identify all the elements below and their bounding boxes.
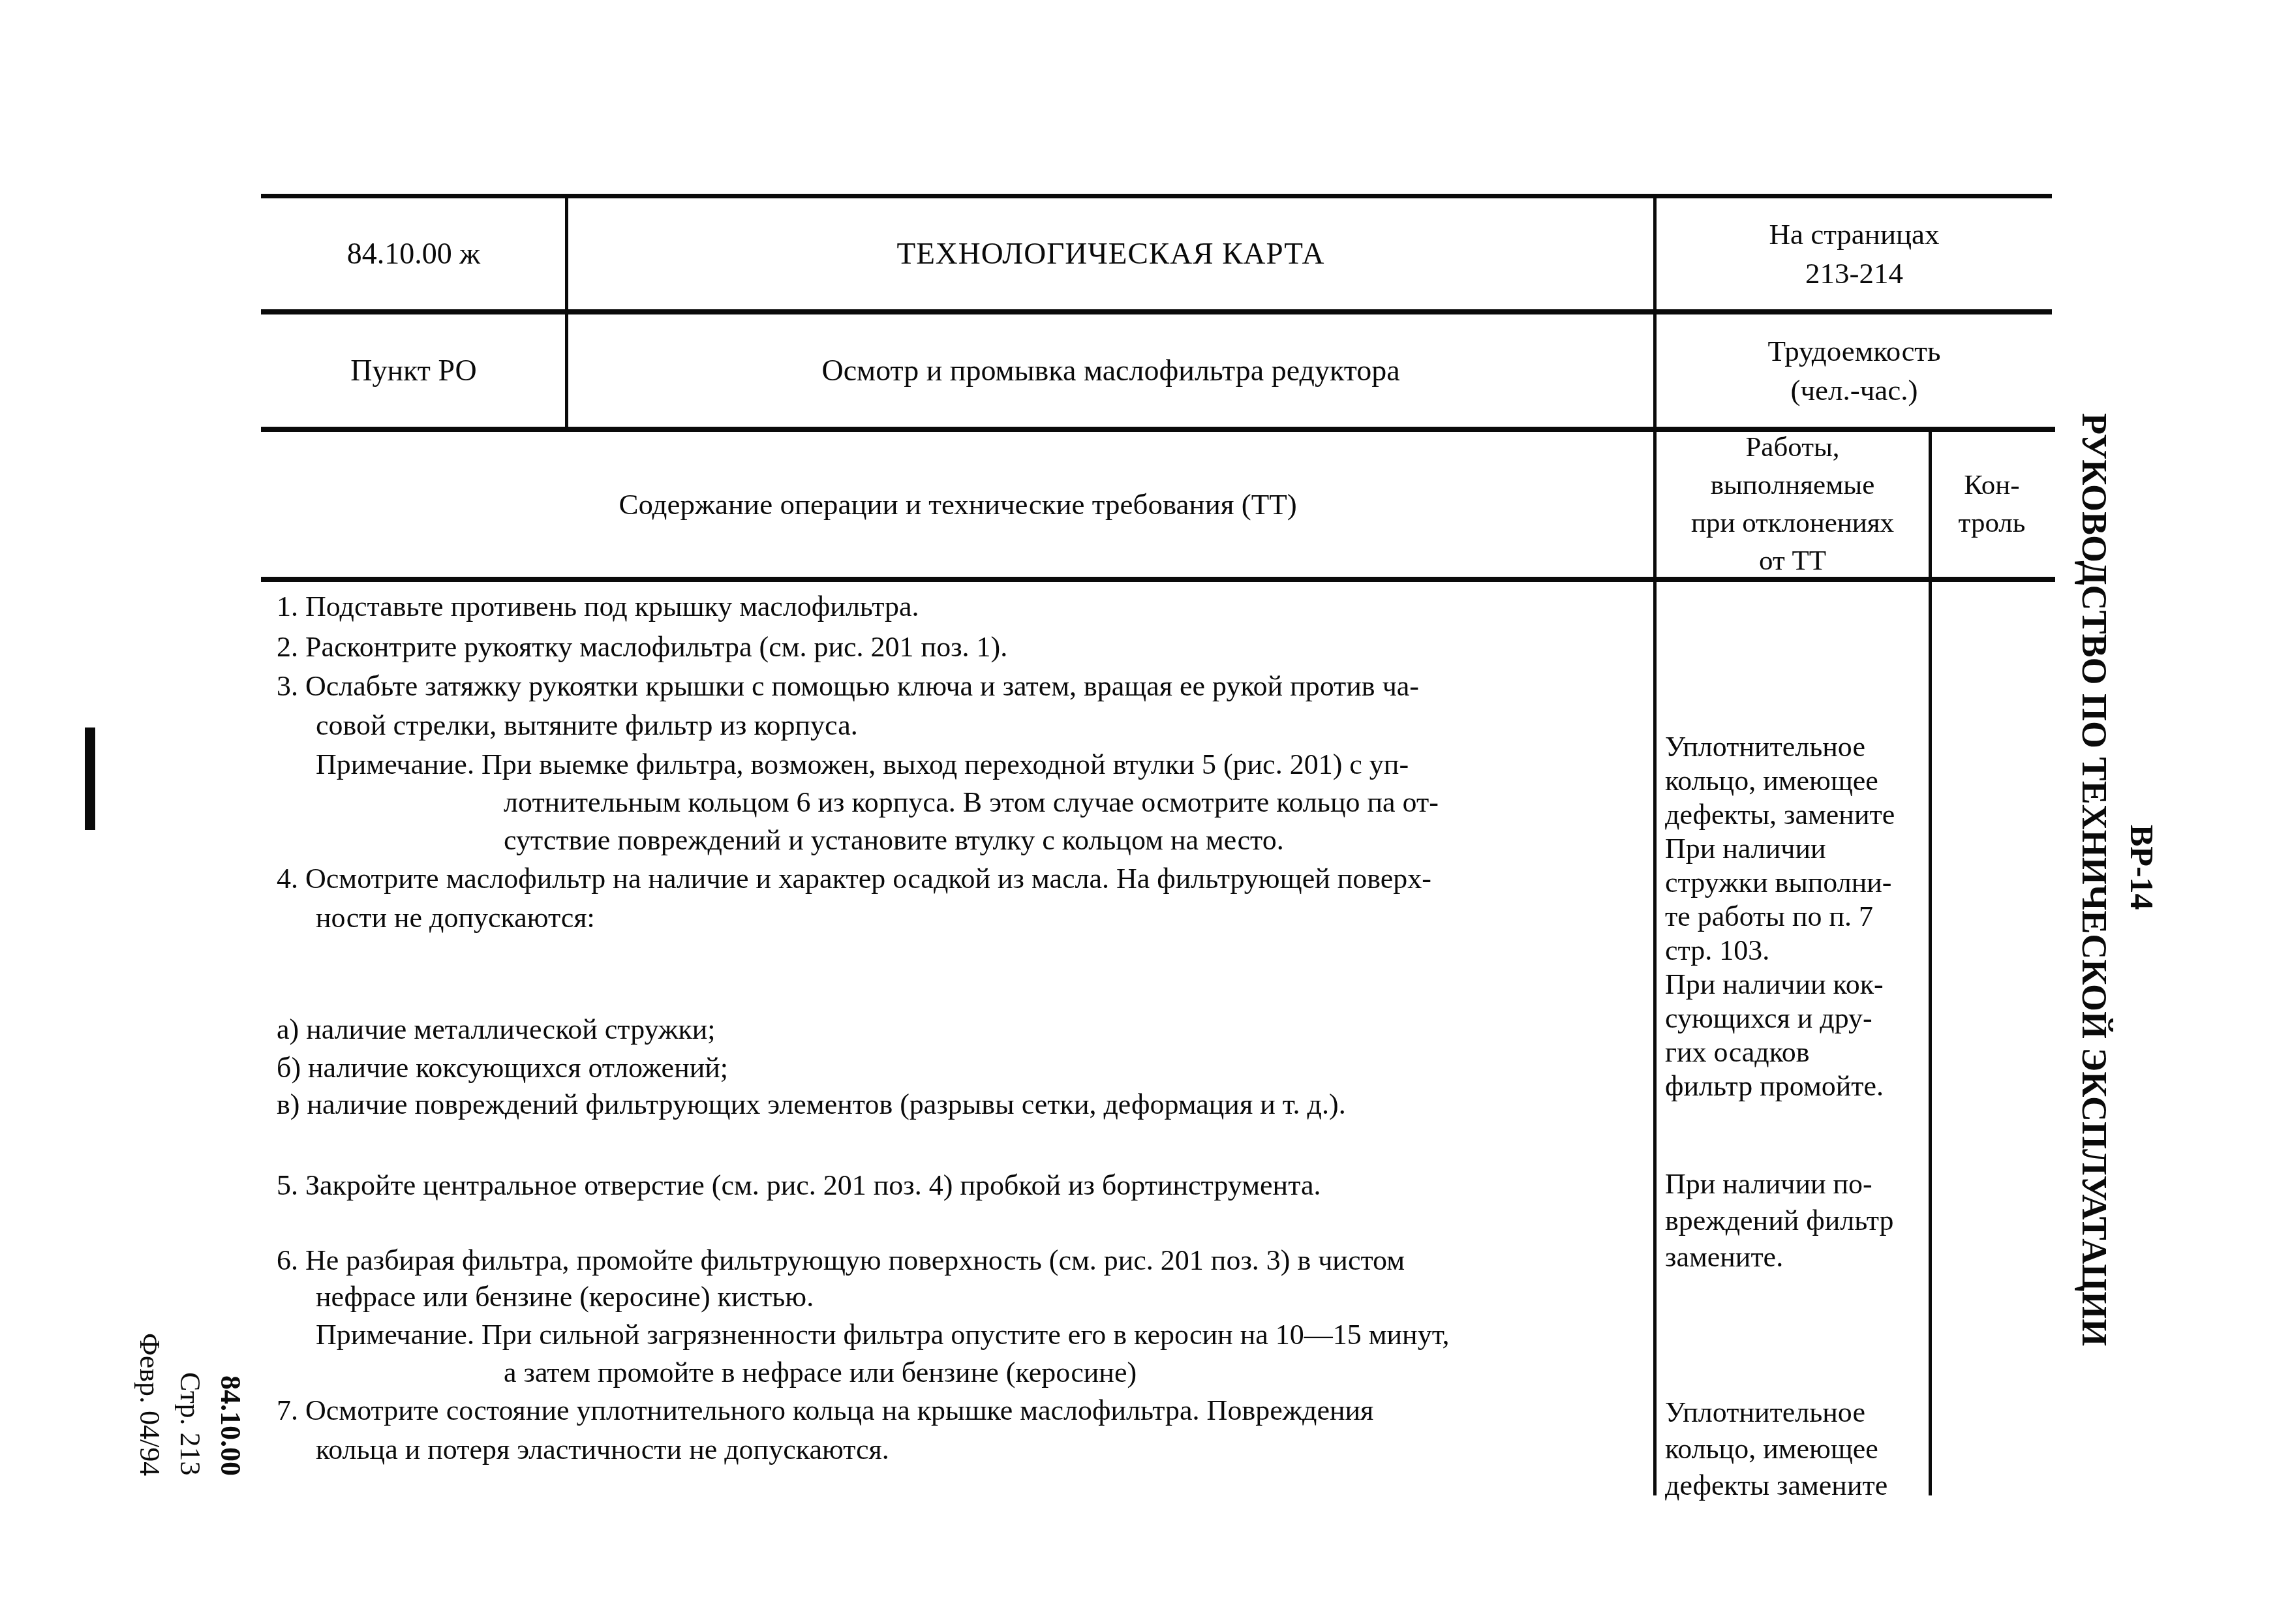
body-line: кольца и потеря эластичности не допускаю… xyxy=(316,1433,889,1466)
item-ro-label: Пункт РО xyxy=(350,350,477,391)
table-vrule-3 xyxy=(1929,429,1932,1495)
labor-label: Трудоемкость xyxy=(1767,331,1940,371)
remark-line: Уплотнительное xyxy=(1665,1396,1865,1429)
body-line: 5. Закройте центральное отверстие (см. р… xyxy=(277,1169,1321,1202)
remark-line: фильтр промойте. xyxy=(1665,1070,1884,1103)
body-line: б) наличие коксующихся отложений; xyxy=(277,1052,728,1084)
remark-line: замените. xyxy=(1665,1241,1783,1274)
deviations-header-line: Работы, xyxy=(1745,429,1839,467)
body-line: 1. Подставьте противень под крышку масло… xyxy=(277,590,919,623)
remark-line: При наличии кок- xyxy=(1665,968,1884,1001)
remark-line: дефекты замените xyxy=(1665,1469,1887,1502)
footer-section-number: 84.10.00 xyxy=(210,1311,251,1476)
deviations-header-cell: Работы, выполняемые при отклонениях от Т… xyxy=(1658,433,1927,575)
tech-card-title-cell: ТЕХНОЛОГИЧЕСКАЯ КАРТА xyxy=(570,200,1652,308)
control-header-line: Кон- xyxy=(1964,467,2019,504)
control-header-cell: Кон- троль xyxy=(1933,433,2051,575)
pages-label: На страницах xyxy=(1769,215,1939,254)
operation-title: Осмотр и промывка маслофильтра редуктора xyxy=(821,350,1399,391)
remark-line: стр. 103. xyxy=(1665,934,1769,967)
right-margin-manual-title: РУКОВОДСТВО ПО ТЕХНИЧЕСКОЙ ЭКСПЛУАТАЦИИ xyxy=(2068,413,2120,1346)
item-ro-cell: Пункт РО xyxy=(264,316,564,425)
body-line: нефрасе или бензине (керосине) кистью. xyxy=(316,1281,814,1313)
operation-title-cell: Осмотр и промывка маслофильтра редуктора xyxy=(570,316,1652,425)
body-line: 6. Не разбирая фильтра, промойте фильтру… xyxy=(277,1244,1405,1277)
footer-page-number: Стр. 213 xyxy=(170,1311,210,1476)
body-line: а затем промойте в нефрасе или бензине (… xyxy=(504,1356,1137,1389)
footer-revision-date: Февр. 04/94 xyxy=(129,1311,170,1476)
body-line: а) наличие металлической стружки; xyxy=(277,1013,716,1046)
deviations-header-line: от ТТ xyxy=(1759,542,1826,580)
remark-line: кольцо, имеющее xyxy=(1665,765,1878,797)
remark-line: При наличии по- xyxy=(1665,1168,1872,1201)
body-line: Примечание. При сильной загрязненности ф… xyxy=(316,1319,1450,1351)
labor-cell: Трудоемкость (чел.-час.) xyxy=(1658,316,2051,425)
footer-block: 84.10.00 Стр. 213 Февр. 04/94 xyxy=(129,1311,251,1476)
deviations-header-line: выполняемые xyxy=(1711,467,1875,504)
doc-code-text: 84.10.00 ж xyxy=(347,234,480,274)
body-line: ности не допускаются: xyxy=(316,902,595,934)
table-vrule-1 xyxy=(565,196,568,431)
control-header-line: троль xyxy=(1959,504,2026,542)
body-line: совой стрелки, вытяните фильтр из корпус… xyxy=(316,709,858,742)
remark-line: дефекты, замените xyxy=(1665,799,1895,831)
body-line: в) наличие повреждений фильтрующих элеме… xyxy=(277,1088,1346,1121)
scanned-tech-card-page: 84.10.00 ж ТЕХНОЛОГИЧЕСКАЯ КАРТА На стра… xyxy=(0,0,2292,1624)
content-header-cell: Содержание операции и технические требов… xyxy=(264,433,1652,575)
body-line: сутствие повреждений и установите втулку… xyxy=(504,824,1284,857)
remark-line: сующихся и дру- xyxy=(1665,1002,1872,1035)
body-line: Примечание. При выемке фильтра, возможен… xyxy=(316,748,1409,781)
body-line: лотнительным кольцом 6 из корпуса. В это… xyxy=(504,786,1439,819)
remark-line: стружки выполни- xyxy=(1665,866,1891,899)
remark-line: те работы по п. 7 xyxy=(1665,900,1873,933)
labor-units: (чел.-час.) xyxy=(1790,371,1918,410)
remark-line: вреждений фильтр xyxy=(1665,1204,1893,1237)
revision-change-bar xyxy=(85,728,95,830)
body-line: 3. Ослабьте затяжку рукоятки крышки с по… xyxy=(277,670,1419,703)
remark-line: При наличии xyxy=(1665,833,1826,865)
content-header-text: Содержание операции и технические требов… xyxy=(619,485,1296,524)
pages-value: 213-214 xyxy=(1805,254,1903,293)
table-top-border xyxy=(261,194,2052,198)
table-vrule-2 xyxy=(1653,196,1657,1495)
pages-cell: На страницах 213-214 xyxy=(1658,200,2051,308)
body-line: 4. Осмотрите маслофильтр на наличие и ха… xyxy=(277,863,1431,895)
doc-code-cell: 84.10.00 ж xyxy=(264,200,564,308)
body-line: 2. Расконтрите рукоятку маслофильтра (см… xyxy=(277,631,1007,664)
remark-line: кольцо, имеющее xyxy=(1665,1433,1878,1465)
body-line: 7. Осмотрите состояние уплотнительного к… xyxy=(277,1394,1373,1427)
deviations-header-line: при отклонениях xyxy=(1691,504,1894,542)
page-title: ТЕХНОЛОГИЧЕСКАЯ КАРТА xyxy=(896,234,1324,273)
remark-line: Уплотнительное xyxy=(1665,731,1865,763)
right-margin-model-code: ВР-14 xyxy=(2119,825,2165,929)
remark-line: гих осадков xyxy=(1665,1036,1810,1069)
table-divider-1 xyxy=(261,309,2052,314)
